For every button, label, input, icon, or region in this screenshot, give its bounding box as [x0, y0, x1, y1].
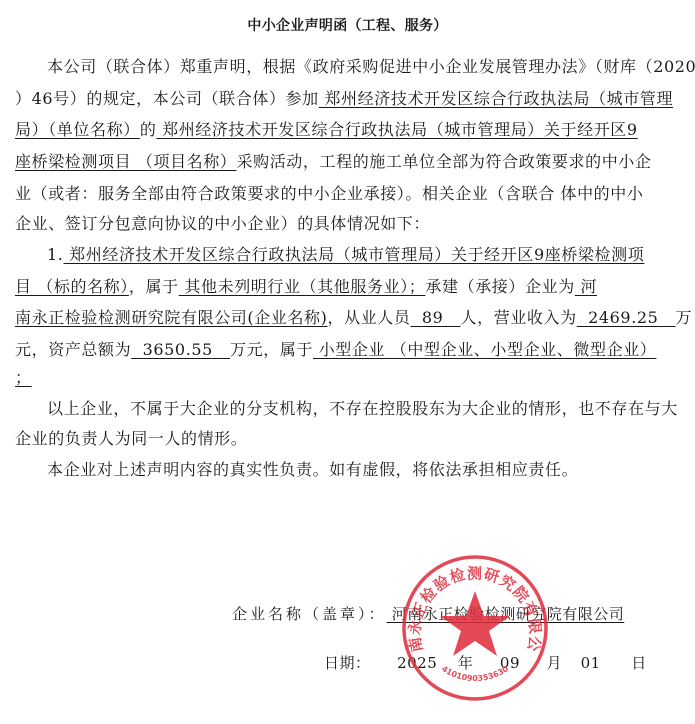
industry-field: 其他未列明行业（其他服务业）；: [179, 277, 426, 296]
revenue-field: 2469.25: [577, 308, 676, 327]
company-seal-label: 企业名称（盖章）：: [232, 605, 387, 623]
assets-field: 3650.55: [131, 340, 230, 359]
date-day: 01: [581, 654, 601, 672]
declaration-line-3: 局）（单位名称）的 郑州经济技术开发区综合行政执法局（城市管理局）关于经开区9: [15, 120, 667, 140]
item-project-name-cont: 目 （标的名称）: [15, 277, 129, 296]
declaration-text: ）46号）的规定，本公司（联合体）参加: [15, 89, 319, 108]
label: 人，营业收入为: [461, 308, 577, 327]
date-month-unit: 月: [547, 654, 563, 672]
company-seal-stamp-icon: 河南永正检验检测研究院有限公司 4101090353630: [400, 553, 550, 703]
declaration-line-4: 座桥梁检测项目 （项目名称）采购活动，工程的施工单位全部为符合政策要求的中小企: [15, 152, 667, 172]
label: ，从业人员: [328, 308, 411, 327]
item-1-line-5: ；: [15, 368, 667, 388]
declaration-text: 的: [140, 120, 157, 139]
item-1-line-4: 元，资产总额为 3650.55 万元，属于 小型企业 （中型企业、小型企业、微型…: [15, 340, 667, 360]
label: 万元，属于: [230, 340, 313, 359]
company-name-field-cont: 南永正检验检测研究院有限公司(企业名称): [15, 308, 328, 327]
item-number: 1.: [47, 245, 63, 264]
declaration-text: 采购活动，工程的施工单位全部为符合政策要求的中小企: [237, 152, 652, 171]
date-year: 2025: [397, 654, 437, 672]
signature-date-row: 日期： 2025 年 09 月 01 日: [324, 652, 647, 673]
label: 万: [676, 308, 693, 327]
not-branch-line-2: 企业的负责人为同一人的情形。: [15, 429, 667, 449]
label: 元，资产总额为: [15, 340, 131, 359]
company-seal-name: 河南永正检验检测研究院有限公司: [387, 605, 633, 623]
item-project-name: 郑州经济技术开发区综合行政执法局（城市管理局）关于经开区9座桥梁检测项: [63, 245, 644, 264]
not-branch-line-1: 以上企业，不属于大企业的分支机构，不存在控股股东为大企业的情形，也不存在与大: [15, 399, 695, 419]
item-end-mark: ；: [15, 368, 32, 387]
document-title: 中小企业声明函（工程、服务）: [0, 15, 695, 35]
project-name-field: 郑州经济技术开发区综合行政执法局（城市管理局）关于经开区9: [156, 120, 637, 139]
project-name-field-cont: 座桥梁检测项目 （项目名称）: [15, 152, 237, 171]
date-year-unit: 年: [458, 654, 474, 672]
enterprise-type-field: 小型企业 （中型企业、小型企业、微型企业）: [313, 340, 656, 359]
declaration-line-2: ）46号）的规定，本公司（联合体）参加 郑州经济技术开发区综合行政执法局（城市管…: [15, 89, 667, 109]
signature-company-row: 企业名称（盖章）： 河南永正检验检测研究院有限公司: [232, 603, 632, 624]
declaration-line-1: 本公司（联合体）郑重声明，根据《政府采购促进中小企业发展管理办法》（财库（202…: [15, 57, 695, 77]
purchaser-unit-field: 局）（单位名称）: [15, 120, 140, 139]
declaration-line-5: 业（或者：服务全部由符合政策要求的中小企业承接）。相关企业（含联合 体中的中小: [15, 184, 667, 204]
employees-field: 89: [411, 308, 461, 327]
item-1-line-2: 目 （标的名称），属于 其他未列明行业（其他服务业）；承建（承接）企业为 河: [15, 277, 667, 297]
date-month: 09: [500, 654, 520, 672]
declaration-line-6: 企业、签订分包意向协议的中小企业）的具体情况如下：: [15, 214, 667, 234]
date-label: 日期：: [324, 654, 371, 672]
label: ，属于: [129, 277, 179, 296]
purchaser-name-field: 郑州经济技术开发区综合行政执法局（城市管理: [319, 89, 673, 108]
company-name-field: 河: [575, 277, 597, 296]
date-day-unit: 日: [631, 654, 647, 672]
item-1-line-3: 南永正检验检测研究院有限公司(企业名称)，从业人员 89 人，营业收入为 246…: [15, 308, 667, 328]
paragraph-responsibility: 本企业对上述声明内容的真实性负责。如有虚假，将依法承担相应责任。: [15, 460, 695, 480]
label: 承建（承接）企业为: [425, 277, 574, 296]
item-1-line-1: 1. 郑州经济技术开发区综合行政执法局（城市管理局）关于经开区9座桥梁检测项: [15, 245, 695, 265]
